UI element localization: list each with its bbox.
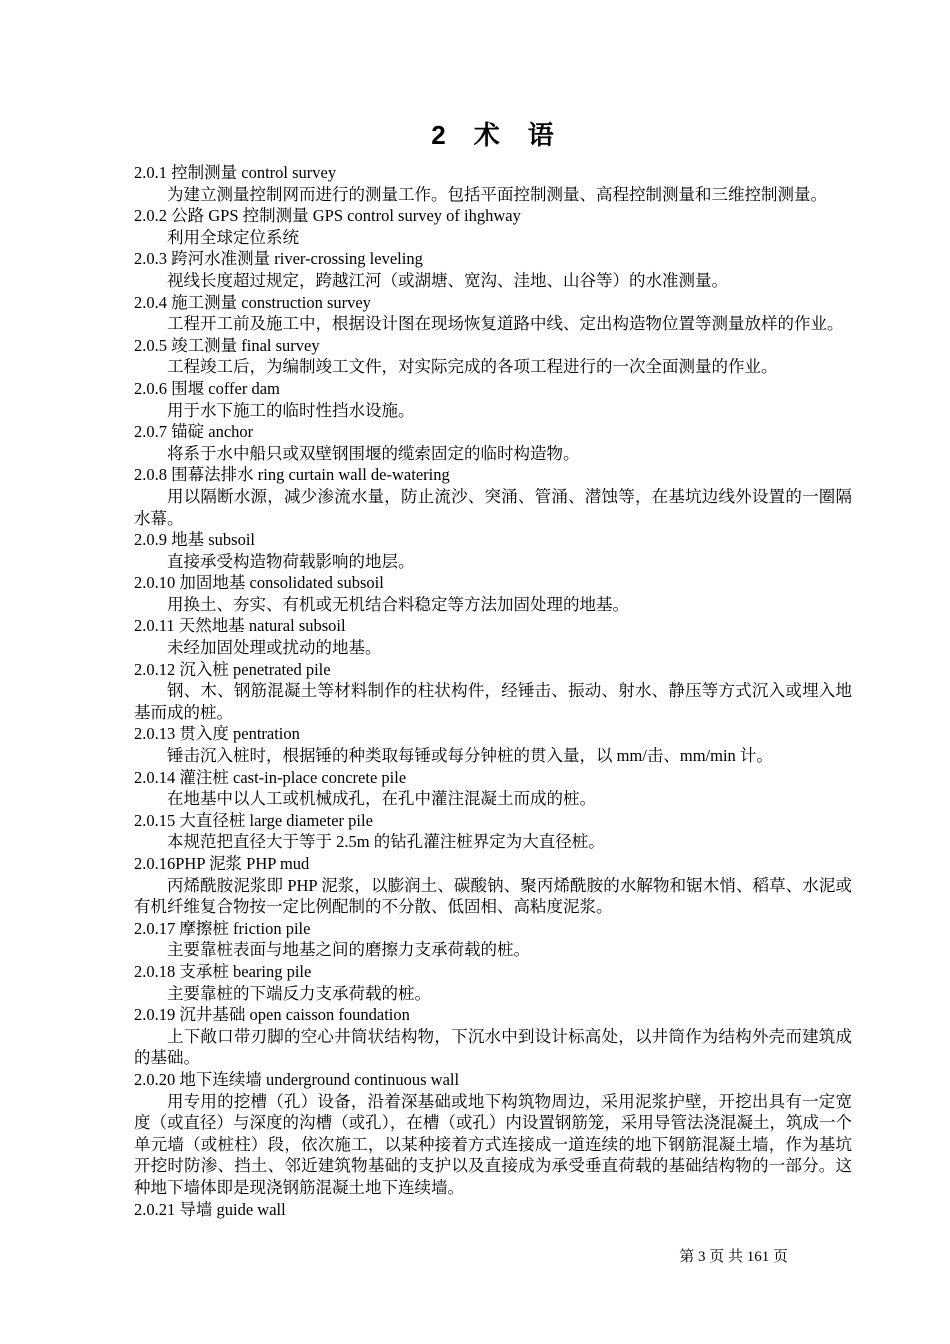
term-entry: 2.0.21 导墙 guide wall bbox=[134, 1199, 852, 1221]
chapter-title: 2 术 语 bbox=[134, 118, 852, 152]
terms-list: 2.0.1 控制测量 control survey 为建立测量控制网而进行的测量… bbox=[134, 162, 852, 1220]
term-definition: 将系于水中船只或双壁钢围堰的缆索固定的临时构造物。 bbox=[134, 443, 852, 465]
term-heading: 2.0.6 围堰 coffer dam bbox=[134, 378, 852, 400]
term-definition: 用于水下施工的临时性挡水设施。 bbox=[134, 400, 852, 422]
term-entry: 2.0.15 大直径桩 large diameter pile 本规范把直径大于… bbox=[134, 810, 852, 853]
term-entry: 2.0.10 加固地基 consolidated subsoil 用换土、夯实、… bbox=[134, 572, 852, 615]
term-entry: 2.0.2 公路 GPS 控制测量 GPS control survey of … bbox=[134, 205, 852, 248]
term-heading: 2.0.2 公路 GPS 控制测量 GPS control survey of … bbox=[134, 205, 852, 227]
term-definition: 直接承受构造物荷载影响的地层。 bbox=[134, 551, 852, 573]
document-page: 2 术 语 2.0.1 控制测量 control survey 为建立测量控制网… bbox=[0, 0, 950, 1344]
term-entry: 2.0.12 沉入桩 penetrated pile 钢、木、钢筋混凝土等材料制… bbox=[134, 659, 852, 724]
term-heading: 2.0.8 围幕法排水 ring curtain wall de-waterin… bbox=[134, 464, 852, 486]
term-entry: 2.0.7 锚碇 anchor 将系于水中船只或双壁钢围堰的缆索固定的临时构造物… bbox=[134, 421, 852, 464]
term-heading: 2.0.4 施工测量 construction survey bbox=[134, 292, 852, 314]
term-entry: 2.0.20 地下连续墙 underground continuous wall… bbox=[134, 1069, 852, 1199]
term-entry: 2.0.17 摩擦桩 friction pile 主要靠桩表面与地基之间的磨擦力… bbox=[134, 918, 852, 961]
term-definition: 工程竣工后，为编制竣工文件，对实际完成的各项工程进行的一次全面测量的作业。 bbox=[134, 356, 852, 378]
term-definition: 工程开工前及施工中，根据设计图在现场恢复道路中线、定出构造物位置等测量放样的作业… bbox=[134, 313, 852, 335]
term-heading: 2.0.20 地下连续墙 underground continuous wall bbox=[134, 1069, 852, 1091]
term-heading: 2.0.16PHP 泥浆 PHP mud bbox=[134, 853, 852, 875]
term-heading: 2.0.13 贯入度 pentration bbox=[134, 723, 852, 745]
term-heading: 2.0.15 大直径桩 large diameter pile bbox=[134, 810, 852, 832]
term-definition: 利用全球定位系统 bbox=[134, 227, 852, 249]
term-definition: 未经加固处理或扰动的地基。 bbox=[134, 637, 852, 659]
term-entry: 2.0.14 灌注桩 cast-in-place concrete pile 在… bbox=[134, 767, 852, 810]
term-entry: 2.0.13 贯入度 pentration 锤击沉入桩时，根据锤的种类取每锤或每… bbox=[134, 723, 852, 766]
term-heading: 2.0.19 沉井基础 open caisson foundation bbox=[134, 1004, 852, 1026]
term-definition: 用换土、夯实、有机或无机结合料稳定等方法加固处理的地基。 bbox=[134, 594, 852, 616]
term-definition: 主要靠桩的下端反力支承荷载的桩。 bbox=[134, 983, 852, 1005]
page-number: 第 3 页 共 161 页 bbox=[679, 1247, 788, 1267]
term-definition: 主要靠桩表面与地基之间的磨擦力支承荷载的桩。 bbox=[134, 939, 852, 961]
term-heading: 2.0.1 控制测量 control survey bbox=[134, 162, 852, 184]
term-heading: 2.0.18 支承桩 bearing pile bbox=[134, 961, 852, 983]
term-heading: 2.0.17 摩擦桩 friction pile bbox=[134, 918, 852, 940]
term-definition: 用以隔断水源，减少渗流水量，防止流沙、突涌、管涌、潜蚀等，在基坑边线外设置的一圈… bbox=[134, 486, 852, 529]
term-definition: 用专用的挖槽（孔）设备，沿着深基础或地下构筑物周边，采用泥浆护壁，开挖出具有一定… bbox=[134, 1091, 852, 1199]
term-heading: 2.0.5 竣工测量 final survey bbox=[134, 335, 852, 357]
term-entry: 2.0.3 跨河水准测量 river-crossing leveling 视线长… bbox=[134, 248, 852, 291]
term-entry: 2.0.11 天然地基 natural subsoil 未经加固处理或扰动的地基… bbox=[134, 615, 852, 658]
term-definition: 钢、木、钢筋混凝土等材料制作的柱状构件，经锤击、振动、射水、静压等方式沉入或埋入… bbox=[134, 680, 852, 723]
term-heading: 2.0.3 跨河水准测量 river-crossing leveling bbox=[134, 248, 852, 270]
term-definition: 为建立测量控制网而进行的测量工作。包括平面控制测量、高程控制测量和三维控制测量。 bbox=[134, 184, 852, 206]
term-heading: 2.0.10 加固地基 consolidated subsoil bbox=[134, 572, 852, 594]
term-heading: 2.0.11 天然地基 natural subsoil bbox=[134, 615, 852, 637]
term-definition: 上下敞口带刃脚的空心井筒状结构物，下沉水中到设计标高处，以井筒作为结构外壳而建筑… bbox=[134, 1026, 852, 1069]
term-entry: 2.0.5 竣工测量 final survey 工程竣工后，为编制竣工文件，对实… bbox=[134, 335, 852, 378]
term-heading: 2.0.14 灌注桩 cast-in-place concrete pile bbox=[134, 767, 852, 789]
term-heading: 2.0.21 导墙 guide wall bbox=[134, 1199, 852, 1221]
term-definition: 视线长度超过规定，跨越江河（或湖塘、宽沟、洼地、山谷等）的水准测量。 bbox=[134, 270, 852, 292]
term-entry: 2.0.4 施工测量 construction survey 工程开工前及施工中… bbox=[134, 292, 852, 335]
term-entry: 2.0.6 围堰 coffer dam 用于水下施工的临时性挡水设施。 bbox=[134, 378, 852, 421]
term-definition: 丙烯酰胺泥浆即 PHP 泥浆，以膨润土、碳酸钠、聚丙烯酰胺的水解物和锯木悄、稻草… bbox=[134, 875, 852, 918]
term-definition: 在地基中以人工或机械成孔，在孔中灌注混凝土而成的桩。 bbox=[134, 788, 852, 810]
term-heading: 2.0.7 锚碇 anchor bbox=[134, 421, 852, 443]
term-entry: 2.0.16PHP 泥浆 PHP mud 丙烯酰胺泥浆即 PHP 泥浆，以膨润土… bbox=[134, 853, 852, 918]
term-entry: 2.0.1 控制测量 control survey 为建立测量控制网而进行的测量… bbox=[134, 162, 852, 205]
term-entry: 2.0.9 地基 subsoil 直接承受构造物荷载影响的地层。 bbox=[134, 529, 852, 572]
term-heading: 2.0.9 地基 subsoil bbox=[134, 529, 852, 551]
term-entry: 2.0.18 支承桩 bearing pile 主要靠桩的下端反力支承荷载的桩。 bbox=[134, 961, 852, 1004]
term-definition: 本规范把直径大于等于 2.5m 的钻孔灌注桩界定为大直径桩。 bbox=[134, 831, 852, 853]
term-entry: 2.0.8 围幕法排水 ring curtain wall de-waterin… bbox=[134, 464, 852, 529]
term-definition: 锤击沉入桩时，根据锤的种类取每锤或每分钟桩的贯入量，以 mm/击、mm/min … bbox=[134, 745, 852, 767]
term-entry: 2.0.19 沉井基础 open caisson foundation 上下敞口… bbox=[134, 1004, 852, 1069]
term-heading: 2.0.12 沉入桩 penetrated pile bbox=[134, 659, 852, 681]
